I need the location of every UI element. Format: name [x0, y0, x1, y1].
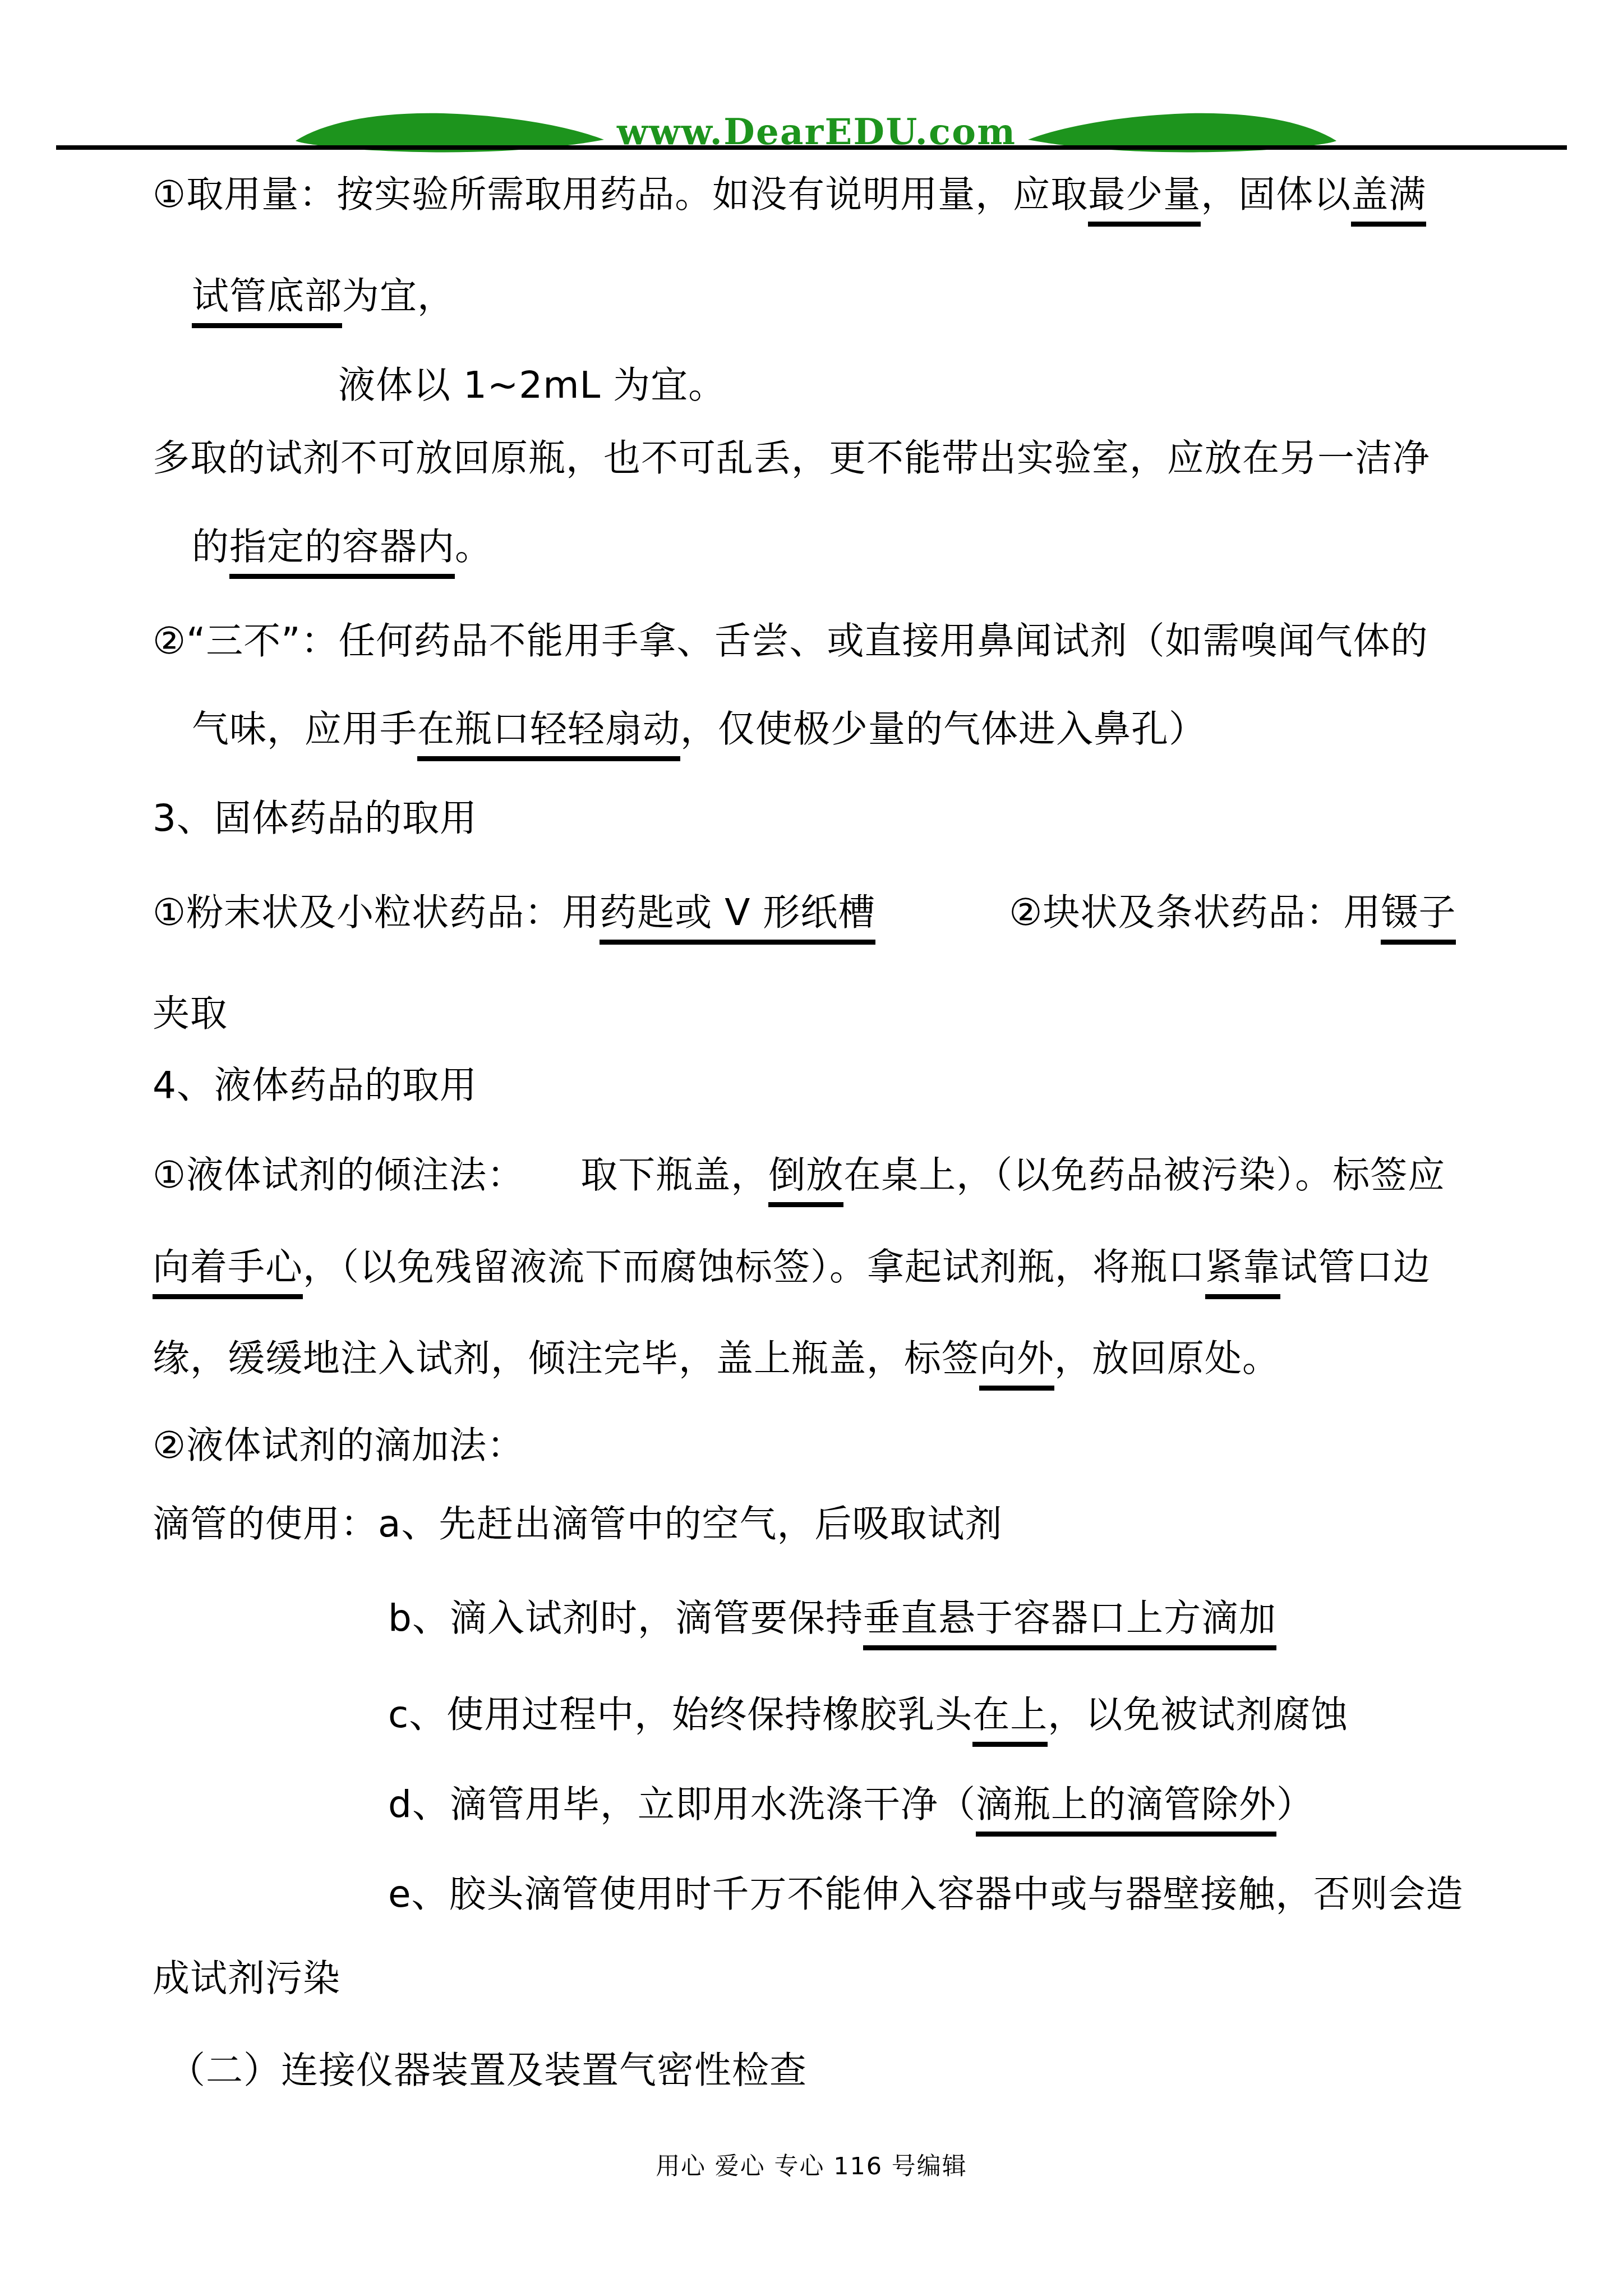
underlined-text: 垂直悬于容器口上方滴加: [863, 1596, 1276, 1650]
underlined-text: 向外: [979, 1337, 1054, 1391]
doc-line: 成试剂污染: [153, 1957, 340, 2000]
text-segment: d、滴管用毕，立即用水洗涤干净（: [388, 1783, 976, 1826]
doc-line: 气味，应用手在瓶口轻轻扇动，仅使极少量的气体进入鼻孔）: [192, 707, 1206, 761]
doc-line: 缘，缓缓地注入试剂，倾注完毕，盖上瓶盖，标签向外，放回原处。: [153, 1337, 1280, 1391]
text-segment: 多取的试剂不可放回原瓶，也不可乱丢，更不能带出实验室，应放在另一洁净: [153, 436, 1430, 480]
doc-line: 试管底部为宜，: [192, 274, 455, 328]
doc-line: 夹取: [153, 992, 228, 1036]
doc-line: ②液体试剂的滴加法：: [153, 1424, 524, 1467]
doc-line: 3、固体药品的取用: [153, 797, 477, 840]
footer-text: 用心 爱心 专心 116 号编辑: [0, 2147, 1623, 2182]
doc-line: 多取的试剂不可放回原瓶，也不可乱丢，更不能带出实验室，应放在另一洁净: [153, 436, 1430, 480]
underlined-text: 滴瓶上的滴管除外: [976, 1783, 1276, 1837]
doc-line: 滴管的使用：a、先赶出滴管中的空气，后吸取试剂: [153, 1502, 1002, 1546]
doc-line: ①液体试剂的倾注法：取下瓶盖，倒放在桌上，（以免药品被污染）。标签应: [153, 1153, 1445, 1207]
text-segment: b、滴入试剂时，滴管要保持: [388, 1596, 863, 1640]
underlined-text: 向着手心: [153, 1245, 303, 1299]
doc-line: e、胶头滴管使用时千万不能伸入容器中或与器壁接触，否则会造: [388, 1872, 1464, 1916]
text-segment: ，固体以: [1201, 173, 1351, 217]
text-segment: e、胶头滴管使用时千万不能伸入容器中或与器壁接触，否则会造: [388, 1872, 1464, 1916]
text-segment: 3、固体药品的取用: [153, 797, 477, 840]
text-segment: 夹取: [153, 992, 228, 1036]
doc-line: ①取用量：按实验所需取用药品。如没有说明用量，应取最少量，固体以盖满: [153, 173, 1426, 227]
text-segment: 缘，缓缓地注入试剂，倾注完毕，盖上瓶盖，标签: [153, 1337, 979, 1381]
underlined-text: 最少量: [1088, 173, 1201, 227]
text-segment: ②块状及条状药品：用: [1009, 891, 1381, 935]
doc-line: 4、液体药品的取用: [153, 1064, 477, 1107]
doc-line: b、滴入试剂时，滴管要保持垂直悬于容器口上方滴加: [388, 1596, 1276, 1650]
spacer: [875, 924, 1009, 925]
text-segment: 为宜，: [342, 274, 455, 318]
underlined-text: 紧靠: [1205, 1245, 1280, 1299]
text-segment: ，放回原处。: [1054, 1337, 1280, 1381]
text-segment: ②“三不”：任何药品不能用手拿、舌尝、或直接用鼻闻试剂（如需嗅闻气体的: [153, 619, 1428, 663]
text-segment: 。: [455, 525, 492, 569]
text-segment: 4、液体药品的取用: [153, 1064, 477, 1107]
underlined-text: 盖满: [1351, 173, 1426, 227]
doc-line: （二）连接仪器装置及装置气密性检查: [168, 2049, 807, 2092]
underlined-text: 指定的容器内: [229, 525, 455, 579]
text-segment: 试管口边: [1280, 1245, 1431, 1289]
text-segment: 气味，应用手: [192, 707, 417, 751]
text-segment: ①取用量：按实验所需取用药品。如没有说明用量，应取: [153, 173, 1088, 217]
doc-line: ②“三不”：任何药品不能用手拿、舌尝、或直接用鼻闻试剂（如需嗅闻气体的: [153, 619, 1428, 663]
text-segment: 的: [192, 525, 229, 569]
underlined-text: 在瓶口轻轻扇动: [417, 707, 680, 761]
doc-line: 液体以 1~2mL 为宜。: [338, 364, 726, 407]
text-segment: ①粉末状及小粒状药品：用: [153, 891, 600, 935]
underlined-text: 药匙或 V 形纸槽: [600, 891, 875, 945]
document-page: www.DearEDU.com ①取用量：按实验所需取用药品。如没有说明用量，应…: [0, 0, 1623, 2296]
underlined-text: 倒放: [768, 1153, 843, 1207]
doc-line: d、滴管用毕，立即用水洗涤干净（滴瓶上的滴管除外）: [388, 1783, 1314, 1837]
text-segment: 滴管的使用：a、先赶出滴管中的空气，后吸取试剂: [153, 1502, 1002, 1546]
text-segment: ，仅使极少量的气体进入鼻孔）: [680, 707, 1206, 751]
text-segment: 液体以 1~2mL 为宜。: [338, 364, 726, 407]
underlined-text: 镊子: [1381, 891, 1456, 945]
text-segment: 成试剂污染: [153, 1957, 340, 2000]
text-segment: ）: [1276, 1783, 1314, 1826]
text-segment: c、使用过程中，始终保持橡胶乳头: [388, 1693, 972, 1737]
doc-line: 的指定的容器内。: [192, 525, 492, 579]
doc-line: c、使用过程中，始终保持橡胶乳头在上，以免被试剂腐蚀: [388, 1693, 1348, 1747]
spacer: [524, 1187, 580, 1188]
text-segment: （二）连接仪器装置及装置气密性检查: [168, 2049, 807, 2092]
header-divider: [56, 145, 1567, 150]
text-segment: 取下瓶盖，: [580, 1153, 768, 1197]
text-segment: ，（以免残留液流下而腐蚀标签）。拿起试剂瓶，将瓶口: [303, 1245, 1205, 1289]
text-segment: 在桌上，（以免药品被污染）。标签应: [843, 1153, 1445, 1197]
text-segment: ，以免被试剂腐蚀: [1048, 1693, 1348, 1737]
doc-line: ①粉末状及小粒状药品：用药匙或 V 形纸槽②块状及条状药品：用镊子: [153, 891, 1456, 945]
text-segment: ①液体试剂的倾注法：: [153, 1153, 524, 1197]
doc-line: 向着手心，（以免残留液流下而腐蚀标签）。拿起试剂瓶，将瓶口紧靠试管口边: [153, 1245, 1431, 1299]
underlined-text: 在上: [972, 1693, 1048, 1747]
underlined-text: 试管底部: [192, 274, 342, 328]
text-segment: ②液体试剂的滴加法：: [153, 1424, 524, 1467]
